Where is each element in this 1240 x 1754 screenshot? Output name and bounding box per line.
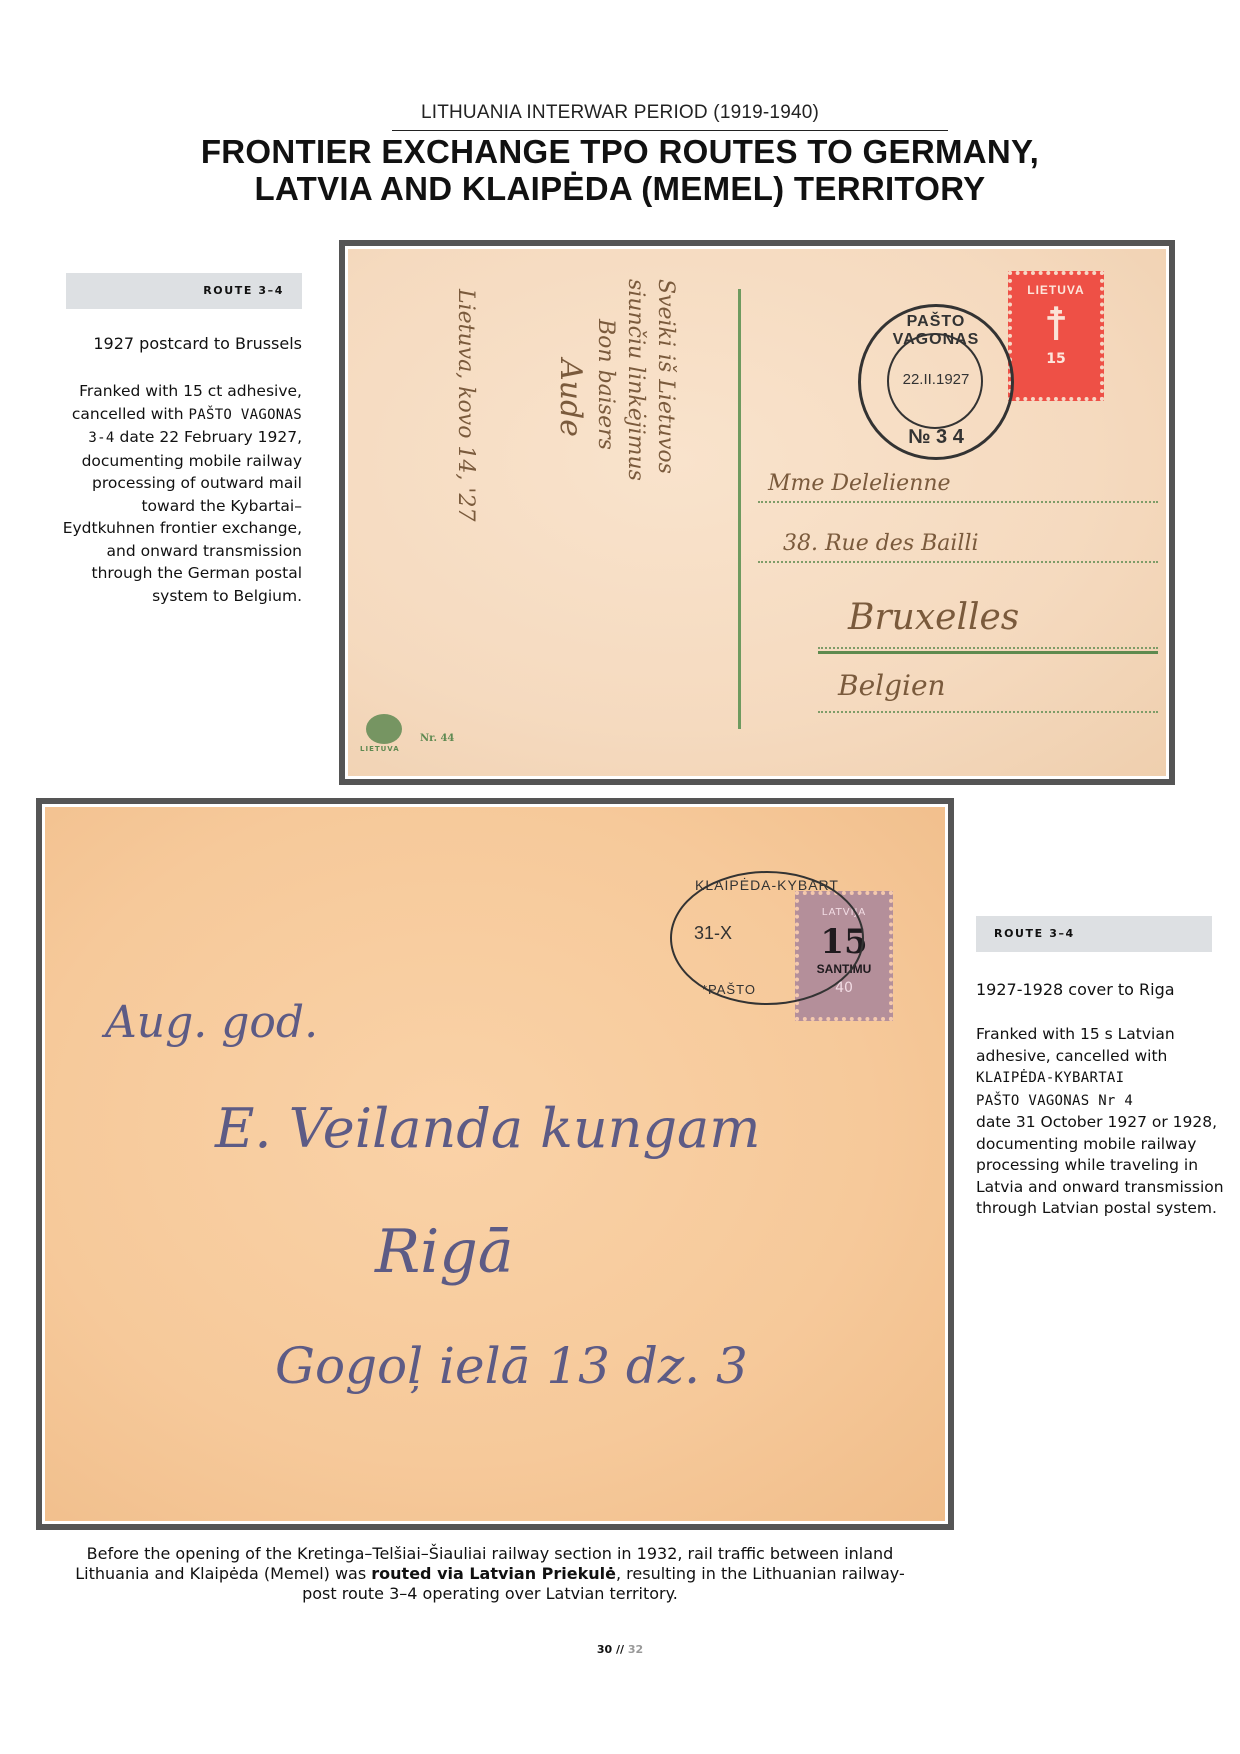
page-number: 30 // 32 bbox=[0, 1643, 1240, 1656]
item-caption-body: Franked with 15 s Latvian adhesive, canc… bbox=[976, 1024, 1226, 1220]
historical-note: Before the opening of the Kretinga–Telši… bbox=[60, 1544, 920, 1604]
caption-rest: date 31 October 1927 or 1928, documentin… bbox=[976, 1113, 1224, 1217]
postmark-cancel: PAŠTO VAGONAS 22.II.1927 № 3 4 bbox=[858, 304, 1014, 460]
page-title-line-1: FRONTIER EXCHANGE TPO ROUTES TO GERMANY, bbox=[0, 133, 1240, 170]
stamp-country: LIETUVA bbox=[1012, 283, 1100, 297]
handwritten-message-line: Bon baisers bbox=[593, 319, 618, 450]
stamp-value: 15 bbox=[1012, 351, 1100, 367]
route-label: ROUTE 3–4 bbox=[976, 916, 1212, 952]
publisher-logo-icon bbox=[366, 714, 402, 744]
card-number: Nr. 44 bbox=[420, 733, 454, 744]
page-title: FRONTIER EXCHANGE TPO ROUTES TO GERMANY,… bbox=[0, 133, 1240, 207]
page-title-line-2: LATVIA AND KLAIPĖDA (MEMEL) TERRITORY bbox=[0, 170, 1240, 207]
caption-rest: date 22 February 1927, documenting mobil… bbox=[63, 428, 302, 605]
page-separator: // bbox=[616, 1643, 624, 1656]
caption-intro: Franked with 15 s Latvian adhesive, canc… bbox=[976, 1025, 1175, 1065]
handwritten-signature: Aude bbox=[553, 359, 588, 437]
address-line: E. Veilanda kungam bbox=[215, 1097, 760, 1160]
item-caption-title: 1927 postcard to Brussels bbox=[40, 334, 302, 353]
current-page: 30 bbox=[597, 1643, 612, 1656]
lithuanian-stamp: LIETUVA ☨ 15 bbox=[1008, 271, 1104, 401]
postcard-image: Sveiki iš Lietuvos siunčiu linkėjimus Bo… bbox=[348, 249, 1166, 776]
publisher-logo-text: LIETUVA bbox=[360, 745, 400, 753]
address-rule-solid bbox=[818, 651, 1158, 654]
postcard-divider bbox=[738, 289, 741, 729]
postmark-date: 22.II.1927 bbox=[861, 371, 1011, 388]
address-rule bbox=[758, 561, 1158, 563]
header-divider bbox=[392, 130, 948, 131]
postmark-text-line-2: PAŠTO VAGONAS Nr 4 bbox=[976, 1093, 1133, 1109]
address-rule bbox=[758, 501, 1158, 503]
address-street: Gogoļ ielā 13 dz. 3 bbox=[275, 1337, 748, 1395]
handwritten-message-line: Lietuva, kovo 14, '27 bbox=[453, 289, 478, 521]
postmark-top-text: PAŠTO VAGONAS bbox=[861, 313, 1011, 349]
item-caption-body: Franked with 15 ct adhesive, cancelled w… bbox=[60, 380, 302, 607]
oval-postmark-cancel: KLAIPĖDA-KYBART 31-X *PAŠTO bbox=[670, 871, 864, 1005]
address-line: Aug. god. bbox=[105, 997, 318, 1048]
address-city: Bruxelles bbox=[848, 597, 1019, 638]
postmark-text-line-1: KLAIPĖDA-KYBARTAI bbox=[976, 1070, 1124, 1086]
item-caption-title: 1927-1928 cover to Riga bbox=[976, 980, 1216, 999]
cover-frame: LATVIJA 15 SANTIMU 40 KLAIPĖDA-KYBART 31… bbox=[36, 798, 954, 1530]
address-city: Rigā bbox=[375, 1217, 514, 1287]
address-rule bbox=[818, 711, 1158, 713]
address-country: Belgien bbox=[838, 669, 946, 702]
postmark-bottom-text: *PAŠTO bbox=[702, 982, 756, 997]
address-line: 38. Rue des Bailli bbox=[783, 531, 979, 556]
postmark-date: 31-X bbox=[694, 923, 732, 944]
address-line: Mme Delelienne bbox=[768, 471, 951, 496]
double-cross-icon: ☨ bbox=[1012, 297, 1100, 351]
route-label: ROUTE 3–4 bbox=[66, 273, 302, 309]
address-rule bbox=[818, 647, 1158, 649]
historical-note-emphasis: routed via Latvian Priekulė bbox=[371, 1564, 616, 1583]
section-subtitle: LITHUANIA INTERWAR PERIOD (1919-1940) bbox=[0, 102, 1240, 124]
handwritten-message-line: Sveiki iš Lietuvos bbox=[653, 279, 678, 474]
postcard-frame: Sveiki iš Lietuvos siunčiu linkėjimus Bo… bbox=[339, 240, 1175, 785]
total-pages: 32 bbox=[628, 1643, 643, 1656]
postmark-number: № 3 4 bbox=[861, 426, 1011, 449]
postmark-top-text: KLAIPĖDA-KYBART bbox=[672, 877, 862, 893]
cover-image: LATVIJA 15 SANTIMU 40 KLAIPĖDA-KYBART 31… bbox=[45, 807, 945, 1521]
handwritten-message-line: siunčiu linkėjimus bbox=[623, 279, 648, 481]
